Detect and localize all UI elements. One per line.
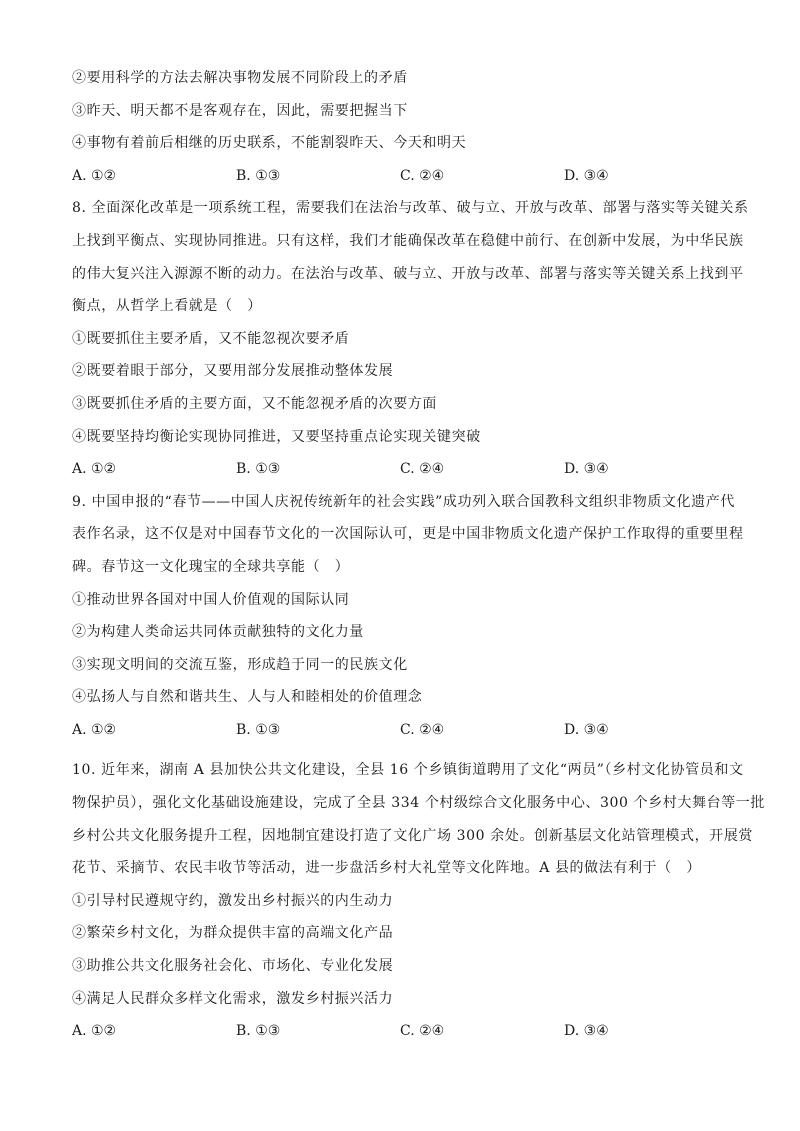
option-b: B. ①③ [236, 160, 400, 193]
question-stem-line: 乡村公共文化服务提升工程，因地制宜建设打造了文化广场 300 余处。创新基层文化… [72, 820, 728, 853]
statement-4: ④弘扬人与自然和谐共生、人与人和睦相处的价值理念 [72, 681, 728, 714]
option-a: A. ①② [72, 1015, 236, 1048]
option-c: C. ②④ [400, 453, 564, 486]
statement-3: ③助推公共文化服务社会化、市场化、专业化发展 [72, 950, 728, 983]
option-d: D. ③④ [564, 453, 728, 486]
question-stem-line: 上找到平衡点、实现协同推进。只有这样，我们才能确保改革在稳健中前行、在创新中发展… [72, 225, 728, 258]
statement-3: ③实现文明间的交流互鉴，形成趋于同一的民族文化 [72, 649, 728, 682]
question-8: 8. 全面深化改革是一项系统工程，需要我们在法治与改革、破与立、开放与改革、部署… [72, 192, 728, 485]
statement-2: ②繁荣乡村文化，为群众提供丰富的高端文化产品 [72, 917, 728, 950]
statement-2: ②要用科学的方法去解决事物发展不同阶段上的矛盾 [72, 62, 728, 95]
statement-2: ②为构建人类命运共同体贡献独特的文化力量 [72, 616, 728, 649]
option-d: D. ③④ [564, 160, 728, 193]
statement-4: ④既要坚持均衡论实现协同推进，又要坚持重点论实现关键突破 [72, 421, 728, 454]
question-spacer [72, 746, 728, 754]
statement-3: ③既要抓住矛盾的主要方面，又不能忽视矛盾的次要方面 [72, 388, 728, 421]
option-d: D. ③④ [564, 1015, 728, 1048]
question-stem-line: 衡点，从哲学上看就是（ ） [72, 290, 728, 323]
question-stem-line: 碑。春节这一文化瑰宝的全球共享能（ ） [72, 551, 728, 584]
question-9: 9. 中国申报的“春节——中国人庆祝传统新年的社会实践”成功列入联合国教科文组织… [72, 486, 728, 747]
exam-page: ②要用科学的方法去解决事物发展不同阶段上的矛盾 ③昨天、明天都不是客观存在，因此… [72, 62, 728, 1048]
option-b: B. ①③ [236, 714, 400, 747]
answer-options: A. ①② B. ①③ C. ②④ D. ③④ [72, 714, 728, 747]
question-stem-line: 9. 中国申报的“春节——中国人庆祝传统新年的社会实践”成功列入联合国教科文组织… [72, 486, 728, 519]
option-c: C. ②④ [400, 1015, 564, 1048]
question-stem-line: 表作名录，这不仅是对中国春节文化的一次国际认可，更是中国非物质文化遗产保护工作取… [72, 518, 728, 551]
statement-3: ③昨天、明天都不是客观存在，因此，需要把握当下 [72, 95, 728, 128]
statement-4: ④事物有着前后相继的历史联系，不能割裂昨天、今天和明天 [72, 127, 728, 160]
answer-options: A. ①② B. ①③ C. ②④ D. ③④ [72, 453, 728, 486]
question-stem-line: 10. 近年来，湖南 A 县加快公共文化建设，全县 16 个乡镇街道聘用了文化“… [72, 754, 728, 787]
statement-1: ①引导村民遵规守约，激发出乡村振兴的内生动力 [72, 885, 728, 918]
option-c: C. ②④ [400, 160, 564, 193]
statement-4: ④满足人民群众多样文化需求，激发乡村振兴活力 [72, 983, 728, 1016]
answer-options: A. ①② B. ①③ C. ②④ D. ③④ [72, 160, 728, 193]
question-stem-line: 花节、采摘节、农民丰收节等活动，进一步盘活乡村大礼堂等文化阵地。A 县的做法有利… [72, 852, 728, 885]
option-d: D. ③④ [564, 714, 728, 747]
question-7-tail: ②要用科学的方法去解决事物发展不同阶段上的矛盾 ③昨天、明天都不是客观存在，因此… [72, 62, 728, 192]
option-a: A. ①② [72, 453, 236, 486]
question-stem-line: 的伟大复兴注入源源不断的动力。在法治与改革、破与立、开放与改革、部署与落实等关键… [72, 258, 728, 291]
statement-1: ①既要抓住主要矛盾，又不能忽视次要矛盾 [72, 323, 728, 356]
statement-1: ①推动世界各国对中国人价值观的国际认同 [72, 584, 728, 617]
option-c: C. ②④ [400, 714, 564, 747]
question-stem-line: 8. 全面深化改革是一项系统工程，需要我们在法治与改革、破与立、开放与改革、部署… [72, 192, 728, 225]
option-b: B. ①③ [236, 453, 400, 486]
option-a: A. ①② [72, 160, 236, 193]
statement-2: ②既要着眼于部分，又要用部分发展推动整体发展 [72, 355, 728, 388]
option-a: A. ①② [72, 714, 236, 747]
question-10: 10. 近年来，湖南 A 县加快公共文化建设，全县 16 个乡镇街道聘用了文化“… [72, 754, 728, 1047]
option-b: B. ①③ [236, 1015, 400, 1048]
question-stem-line: 物保护员），强化文化基础设施建设，完成了全县 334 个村级综合文化服务中心、3… [72, 787, 728, 820]
answer-options: A. ①② B. ①③ C. ②④ D. ③④ [72, 1015, 728, 1048]
